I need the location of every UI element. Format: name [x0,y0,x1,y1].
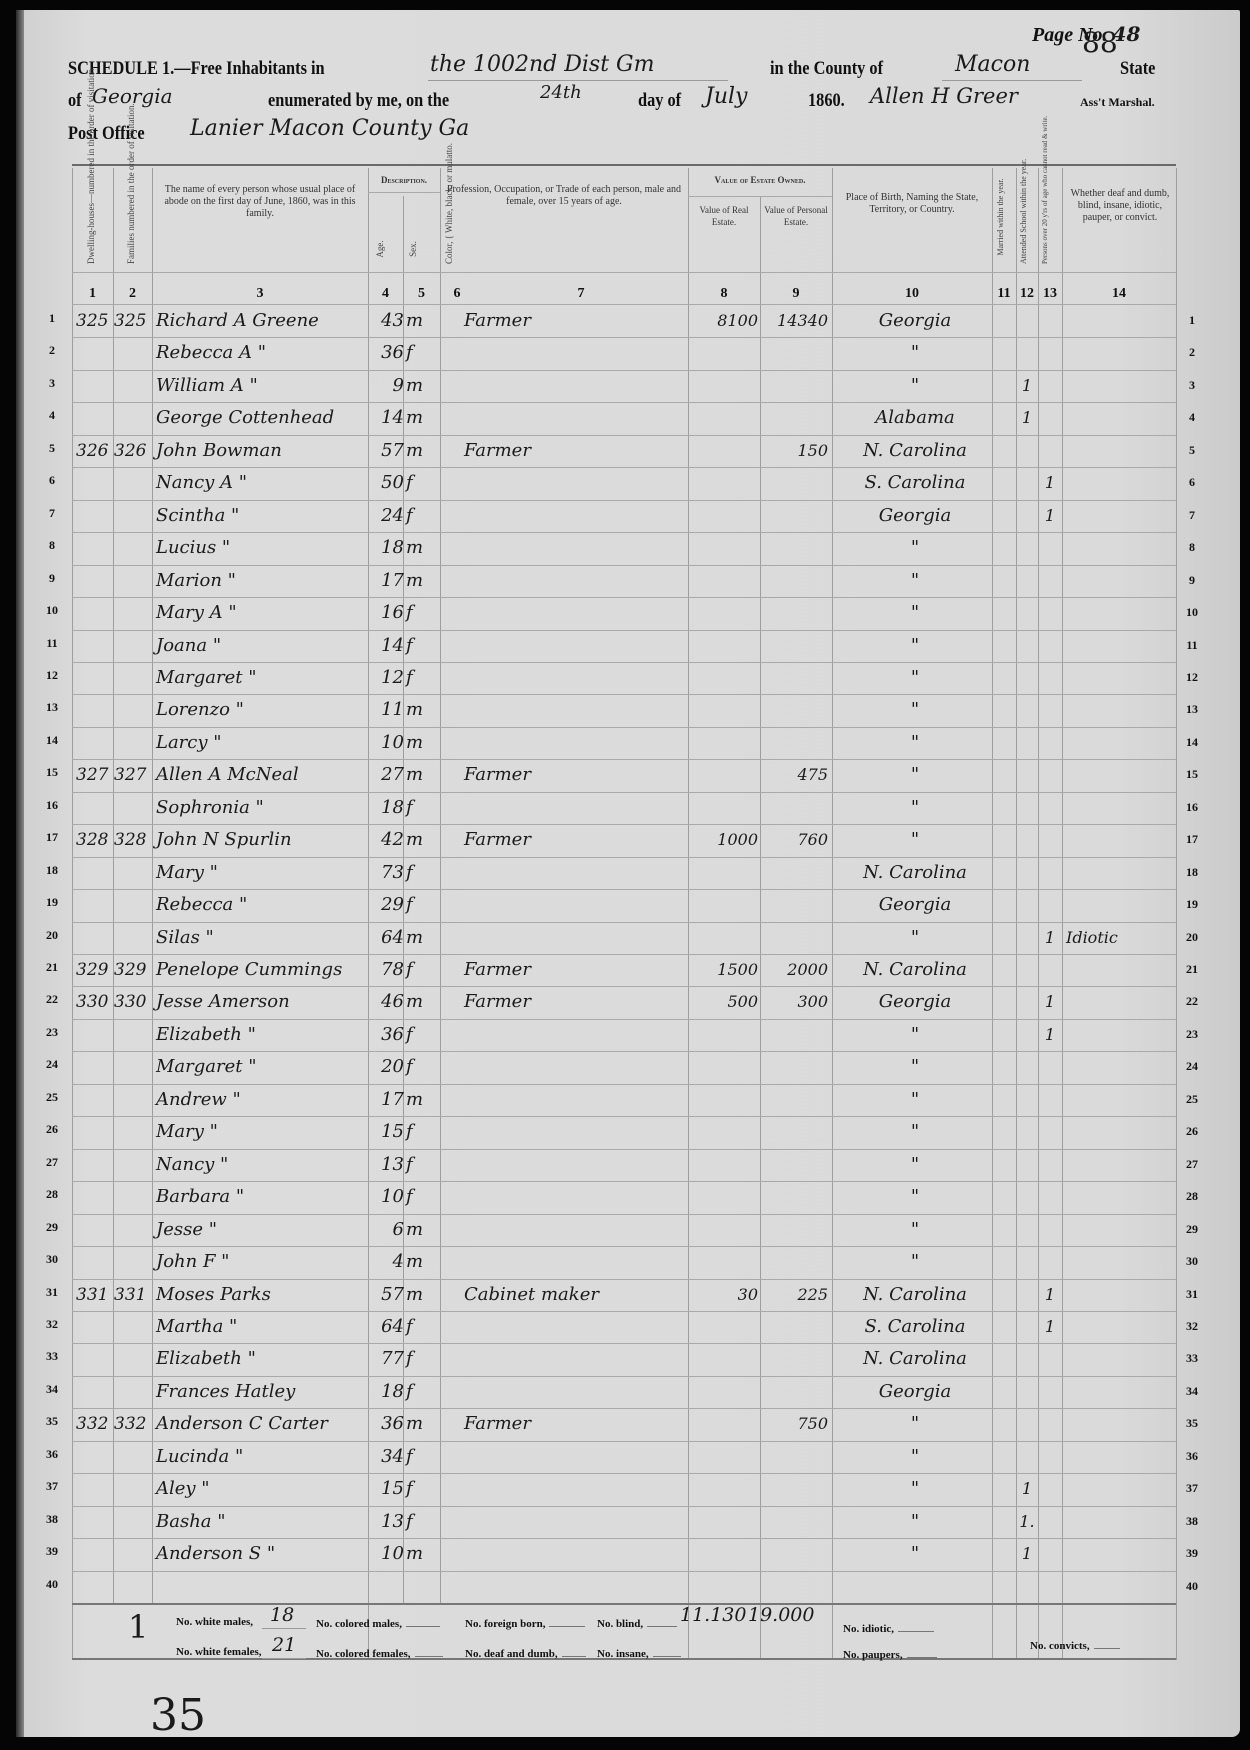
col4-header: Age. [375,234,385,264]
cell-personal-estate [762,1019,828,1051]
col-number: 13 [1038,286,1062,302]
district-underline [428,80,728,81]
cell-cannot-read [1038,954,1062,986]
cell-name: Marion " [156,565,396,597]
row-number-left: 3 [40,376,64,391]
cell-dwelling: 329 [76,954,112,986]
convicts-label: No. convicts, [1030,1638,1120,1652]
cell-sex: m [406,370,440,402]
cell-condition [1066,597,1176,629]
cell-married [992,305,1016,337]
cell-married [992,727,1016,759]
cell-family: 327 [114,759,152,791]
cell-birthplace: " [840,565,990,597]
cell-sex: f [406,1311,440,1343]
cell-sex: m [406,532,440,564]
cell-condition [1066,532,1176,564]
cell-age: 18 [370,1376,404,1408]
row-number-right: 15 [1180,767,1204,782]
cell-school [1016,1149,1038,1181]
cell-dwelling [76,727,112,759]
cell-real-estate: 8100 [690,305,758,337]
cell-age: 18 [370,792,404,824]
cell-occupation [464,402,688,434]
row-number-left: 5 [40,441,64,456]
cell-name: Martha " [156,1311,396,1343]
cell-personal-estate: 300 [762,986,828,1018]
cell-occupation [464,1084,688,1116]
cell-real-estate [690,889,758,921]
cell-condition [1066,1246,1176,1278]
cell-cannot-read [1038,630,1062,662]
row-number-right: 5 [1180,443,1204,458]
cell-cannot-read [1038,857,1062,889]
cell-age: 14 [370,630,404,662]
cell-dwelling: 328 [76,824,112,856]
cell-cannot-read [1038,402,1062,434]
cell-name: Basha " [156,1506,396,1538]
cell-condition [1066,337,1176,369]
cell-school [1016,727,1038,759]
cell-personal-estate [762,1376,828,1408]
cell-condition [1066,662,1176,694]
cell-occupation [464,1311,688,1343]
cell-cannot-read [1038,1506,1062,1538]
cell-married [992,922,1016,954]
cell-birthplace: " [840,532,990,564]
cell-condition [1066,1473,1176,1505]
cell-sex: f [406,1343,440,1375]
cell-age: 64 [370,1311,404,1343]
cell-birthplace: " [840,1246,990,1278]
row-number-left: 10 [40,603,64,618]
cell-married [992,1246,1016,1278]
cell-occupation [464,597,688,629]
row-number-right: 21 [1180,962,1204,977]
cell-name: Jesse Amerson [156,986,396,1018]
cell-family [114,694,152,726]
cell-school [1016,1051,1038,1083]
cell-family: 328 [114,824,152,856]
cell-dwelling [76,792,112,824]
cell-dwelling [76,662,112,694]
cell-dwelling [76,694,112,726]
day-value: 24th [540,82,582,103]
county-underline [942,80,1082,81]
cell-condition [1066,565,1176,597]
cell-age: 57 [370,1279,404,1311]
row-number-right: 40 [1180,1579,1204,1594]
cell-school [1016,337,1038,369]
cell-occupation [464,1051,688,1083]
county-label: in the County of [770,58,883,80]
cell-birthplace [840,1571,990,1603]
col-number: 3 [152,286,368,302]
cell-occupation: Farmer [464,986,688,1018]
cell-married [992,597,1016,629]
cell-family [114,337,152,369]
cell-married [992,565,1016,597]
cell-condition [1066,889,1176,921]
row-number-left: 18 [40,863,64,878]
row-number-right: 18 [1180,865,1204,880]
cell-cannot-read [1038,597,1062,629]
cell-condition [1066,435,1176,467]
idiotic-label: No. idiotic, [843,1621,934,1635]
cell-birthplace: " [840,727,990,759]
cell-real-estate [690,1246,758,1278]
cell-age: 13 [370,1506,404,1538]
cell-family [114,922,152,954]
cell-name: William A " [156,370,396,402]
row-number-right: 8 [1180,540,1204,555]
cell-personal-estate [762,565,828,597]
cell-name: Frances Hatley [156,1376,396,1408]
cell-birthplace: " [840,1538,990,1570]
year-value: 1860. [808,90,845,112]
cell-birthplace: " [840,597,990,629]
cell-birthplace: " [840,370,990,402]
cell-name: Penelope Cummings [156,954,396,986]
cell-sex: f [406,1149,440,1181]
col-number: 12 [1016,286,1038,302]
cell-birthplace: " [840,630,990,662]
cell-sex: f [406,954,440,986]
cell-condition [1066,370,1176,402]
cell-personal-estate [762,694,828,726]
cell-condition [1066,792,1176,824]
cell-school [1016,824,1038,856]
cell-age: 10 [370,727,404,759]
census-table: Dwelling-houses—numbered in the order of… [72,168,1176,1660]
cell-married [992,1149,1016,1181]
white-males-underline [262,1628,306,1629]
cell-married [992,986,1016,1018]
cell-birthplace: " [840,1116,990,1148]
cell-cannot-read: 1 [1038,467,1062,499]
cell-family [114,597,152,629]
cell-school [1016,1214,1038,1246]
enumerated-label: enumerated by me, on the [268,90,449,112]
row-number-right: 12 [1180,670,1204,685]
cell-cannot-read [1038,435,1062,467]
cell-age: 27 [370,759,404,791]
cell-age: 43 [370,305,404,337]
cell-real-estate: 500 [690,986,758,1018]
cell-family [114,727,152,759]
cell-real-estate [690,1214,758,1246]
row-number-left: 1 [40,311,64,326]
month-value: July [705,84,747,109]
cell-age: 64 [370,922,404,954]
cell-condition [1066,1376,1176,1408]
cell-birthplace: " [840,1084,990,1116]
cell-age: 15 [370,1473,404,1505]
cell-school [1016,662,1038,694]
cell-real-estate [690,1084,758,1116]
cell-personal-estate: 750 [762,1408,828,1440]
cell-real-estate: 1500 [690,954,758,986]
cell-family: 326 [114,435,152,467]
cell-real-estate [690,1149,758,1181]
cell-family [114,1506,152,1538]
district-value: the 1002nd Dist Gm [430,52,655,77]
cell-dwelling [76,889,112,921]
cell-family [114,1214,152,1246]
cell-dwelling [76,1084,112,1116]
cell-school [1016,1441,1038,1473]
cell-school [1016,565,1038,597]
schedule-label: SCHEDULE 1.—Free Inhabitants in [68,58,325,80]
row-number-right: 33 [1180,1351,1204,1366]
cell-cannot-read [1038,370,1062,402]
cell-sex: m [406,1538,440,1570]
cell-family: 330 [114,986,152,1018]
row-number-right: 36 [1180,1449,1204,1464]
cell-name: Anderson S " [156,1538,396,1570]
cell-sex [406,1571,440,1603]
cell-school [1016,694,1038,726]
row-number-right: 26 [1180,1124,1204,1139]
cell-cannot-read [1038,1051,1062,1083]
row-number-left: 29 [40,1220,64,1235]
cell-name: Sophronia " [156,792,396,824]
cell-real-estate [690,1051,758,1083]
cell-real-estate [690,467,758,499]
cell-real-estate [690,1019,758,1051]
cell-condition [1066,1441,1176,1473]
cell-school [1016,1116,1038,1148]
row-number-left: 34 [40,1382,64,1397]
cell-sex: m [406,922,440,954]
cell-dwelling [76,1343,112,1375]
cell-real-estate [690,1506,758,1538]
cell-age: 34 [370,1441,404,1473]
cell-occupation [464,727,688,759]
cell-school [1016,630,1038,662]
row-number-right: 23 [1180,1027,1204,1042]
cell-school [1016,1376,1038,1408]
cell-age: 78 [370,954,404,986]
row-number-right: 19 [1180,897,1204,912]
cell-age: 9 [370,370,404,402]
cell-family: 331 [114,1279,152,1311]
cell-real-estate [690,532,758,564]
cell-occupation: Farmer [464,305,688,337]
cell-school [1016,1311,1038,1343]
cell-dwelling [76,597,112,629]
row-number-right: 10 [1180,605,1204,620]
row-number-right: 16 [1180,800,1204,815]
cell-occupation [464,565,688,597]
cell-school [1016,759,1038,791]
cell-dwelling: 326 [76,435,112,467]
cell-real-estate [690,370,758,402]
row-number-right: 35 [1180,1416,1204,1431]
handwritten-note: 35 [150,1690,206,1741]
cell-cannot-read [1038,565,1062,597]
cell-dwelling [76,565,112,597]
row-number-left: 28 [40,1187,64,1202]
cell-birthplace: Georgia [840,305,990,337]
cell-school: 1 [1016,1538,1038,1570]
cell-birthplace: " [840,1506,990,1538]
cell-school: 1 [1016,1473,1038,1505]
estate-header: Value of Estate Owned. [688,174,832,186]
cell-name: John F " [156,1246,396,1278]
cell-personal-estate: 225 [762,1279,828,1311]
row-number-right: 30 [1180,1254,1204,1269]
cell-sex: m [406,694,440,726]
cell-personal-estate: 475 [762,759,828,791]
cell-sex: m [406,759,440,791]
row-number-left: 13 [40,700,64,715]
cell-school [1016,1019,1038,1051]
cell-occupation [464,1019,688,1051]
row-number-left: 25 [40,1090,64,1105]
cell-real-estate [690,1376,758,1408]
cell-name: Mary " [156,1116,396,1148]
cell-condition [1066,986,1176,1018]
cell-school [1016,889,1038,921]
cell-sex: f [406,1376,440,1408]
row-number-left: 9 [40,571,64,586]
colored-males-label: No. colored males, [316,1616,440,1630]
col12-header: Attended School within the year. [1019,170,1029,264]
cell-occupation [464,1149,688,1181]
cell-occupation [464,792,688,824]
cell-family: 325 [114,305,152,337]
cell-age: 4 [370,1246,404,1278]
cell-family [114,402,152,434]
cell-birthplace: " [840,922,990,954]
cell-dwelling [76,370,112,402]
cell-age: 11 [370,694,404,726]
cell-age: 57 [370,435,404,467]
cell-personal-estate [762,727,828,759]
cell-real-estate [690,1343,758,1375]
cell-sex: f [406,1181,440,1213]
cell-condition [1066,1279,1176,1311]
cell-dwelling [76,1311,112,1343]
paupers-label: No. paupers, [843,1647,937,1661]
cell-family [114,630,152,662]
cell-personal-estate: 760 [762,824,828,856]
cell-birthplace: " [840,1214,990,1246]
cell-dwelling [76,1506,112,1538]
cell-school [1016,1571,1038,1603]
cell-condition [1066,402,1176,434]
cell-birthplace: " [840,792,990,824]
cell-dwelling [76,1214,112,1246]
cell-age: 14 [370,402,404,434]
row-number-left: 40 [40,1577,64,1592]
cell-sex: f [406,1506,440,1538]
row-number-left: 12 [40,668,64,683]
cell-sex: m [406,305,440,337]
cell-age: 17 [370,565,404,597]
row-number-right: 4 [1180,410,1204,425]
cell-school: 1 [1016,370,1038,402]
cell-name: Scintha " [156,500,396,532]
cell-occupation [464,1506,688,1538]
description-header: Description. [368,174,440,186]
cell-occupation [464,630,688,662]
cell-condition [1066,467,1176,499]
cell-occupation [464,1538,688,1570]
row-number-right: 28 [1180,1189,1204,1204]
cell-family [114,1051,152,1083]
cell-real-estate [690,1116,758,1148]
cell-name: Margaret " [156,662,396,694]
col-number: 9 [760,286,832,302]
cell-sex: f [406,597,440,629]
page-number-stamp: 88 [1082,26,1118,59]
cell-sex: f [406,662,440,694]
cell-sex: m [406,1408,440,1440]
row-number-left: 16 [40,798,64,813]
white-males-label: No. white males, [176,1616,253,1628]
cell-dwelling [76,337,112,369]
cell-sex: m [406,1279,440,1311]
cell-family [114,1343,152,1375]
cell-condition [1066,1149,1176,1181]
cell-family [114,1149,152,1181]
cell-dwelling [76,1019,112,1051]
cell-personal-estate [762,630,828,662]
row-number-left: 31 [40,1285,64,1300]
cell-dwelling [76,532,112,564]
cell-birthplace: N. Carolina [840,857,990,889]
col-number: 14 [1062,286,1176,302]
cell-cannot-read: 1 [1038,986,1062,1018]
cell-dwelling [76,1181,112,1213]
row-number-left: 7 [40,506,64,521]
cell-age: 10 [370,1181,404,1213]
cell-occupation [464,467,688,499]
row-number-left: 32 [40,1317,64,1332]
cell-married [992,630,1016,662]
cell-real-estate [690,337,758,369]
cell-birthplace: " [840,1473,990,1505]
cell-birthplace: Alabama [840,402,990,434]
cell-personal-estate [762,1473,828,1505]
cell-name: Aley " [156,1473,396,1505]
cell-sex: m [406,565,440,597]
cell-family: 329 [114,954,152,986]
cell-cannot-read [1038,1473,1062,1505]
cell-condition [1066,1343,1176,1375]
cell-occupation: Farmer [464,954,688,986]
foreign-born-label: No. foreign born, [465,1616,585,1630]
cell-cannot-read [1038,1246,1062,1278]
cell-name: Lorenzo " [156,694,396,726]
cell-name: Rebecca A " [156,337,396,369]
cell-dwelling [76,467,112,499]
cell-married [992,370,1016,402]
cell-name: Rebecca " [156,889,396,921]
cell-occupation [464,1116,688,1148]
cell-cannot-read [1038,1376,1062,1408]
cell-sex: f [406,889,440,921]
col7-header: Profession, Occupation, or Trade of each… [444,184,684,208]
cell-dwelling: 325 [76,305,112,337]
cell-age: 15 [370,1116,404,1148]
cell-sex: m [406,1084,440,1116]
cell-married [992,402,1016,434]
cell-married [992,792,1016,824]
cell-occupation [464,1343,688,1375]
